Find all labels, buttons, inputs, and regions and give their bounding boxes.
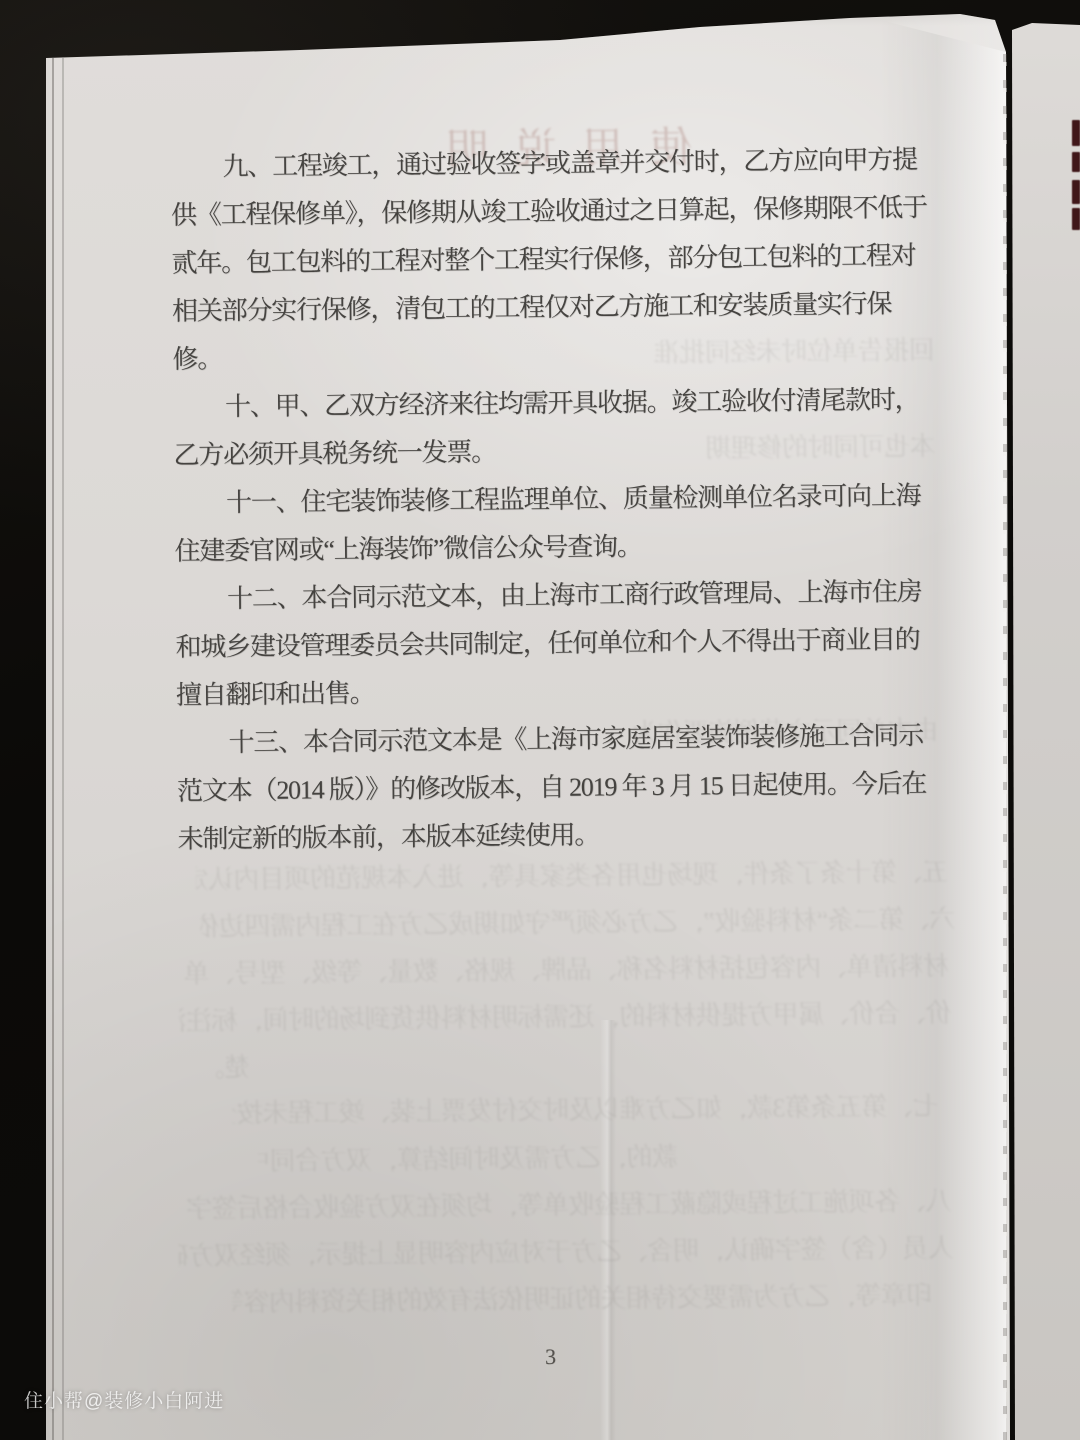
contract-line-clause-13: 十三、本合同示范文本是《上海市家庭居室装饰装修施工合同示	[176, 712, 966, 768]
contract-line-clause-10: 十、甲、乙双方经济来往均需开具收据。竣工验收付清尾款时，	[173, 376, 963, 432]
watermark: 住小帮@装修小白阿进	[24, 1386, 224, 1413]
bleedthrough-line: 印章等，乙方为需要交待相关的证明依法有效的相关资料内容等	[232, 1275, 932, 1314]
contract-line-clause-11: 住建委官网或“上海装饰”微信公众号查询。	[174, 520, 964, 576]
contract-line-clause-12: 和城乡建设管理委员会共同制定，任何单位和个人不得出于商业目的	[175, 616, 965, 672]
bleedthrough-line: 六、第二条“材料验收”，乙方必须严守如期成乙方在工程内需四边依	[200, 899, 955, 939]
photo-scene: 使用说明 回报告单位时未经同批准本也可同时的修理期由本单同示文范例施要作为五、第…	[0, 0, 1080, 1440]
bleedthrough-line: 人员（含）签字确认，明含、乙方于对应内容明显上提示，须经双方确认	[179, 1228, 954, 1268]
bleedthrough-lines: 回报告单位时未经同批准本也可同时的修理期由本单同示文范例施要作为五、第十条了条件…	[0, 0, 1071, 6]
contract-line-clause-13: 范文本（2014 版）》的修改版本，自 2019 年 3 月 15 日起使用。今…	[177, 760, 967, 816]
contract-line-clause-12: 擅自翻印和出售。	[176, 664, 966, 720]
contract-line-clause-10: 乙方必须开具税务统一发票。	[173, 424, 963, 480]
bleedthrough-line: 七、第五条第3款，如乙方难以及时交付发票上装、竣工程未按分期付	[232, 1086, 938, 1125]
contract-line-clause-9: 贰年。包工包料的工程对整个工程实行保修，部分包工包料的工程对	[171, 232, 961, 288]
contract-line-clause-9: 供《工程保修单》，保修期从竣工验收通过之日算起，保修期限不低于	[171, 184, 961, 240]
contract-line-clause-9: 修。	[172, 328, 962, 384]
ink-layer: 使用说明 回报告单位时未经同批准本也可同时的修理期由本单同示文范例施要作为五、第…	[0, 0, 1080, 1440]
bleedthrough-line: 材料清单、内容包括材料名称、品牌、规格、数量、等级、型号、单	[179, 946, 949, 986]
page-number: 3	[545, 1344, 556, 1370]
bleedthrough-line: 款的，乙方需及时间结算，双方合同中写明	[258, 1137, 678, 1173]
contract-line-clause-12: 十二、本合同示范文本，由上海市工商行政管理局、上海市住房	[175, 568, 965, 624]
red-stamp-edge-mark	[1072, 180, 1080, 204]
red-stamp-edge-mark	[1072, 152, 1080, 172]
bleedthrough-line: 价、合价、属甲方提供材料的，还需标明材料供货到场的时间，标注清	[179, 993, 951, 1033]
bleedthrough-line: 八、各项施工过程或隐蔽工程验收单等，均须在双方验收合格后签字	[181, 1181, 951, 1221]
contract-line-clause-9: 相关部分实行保修，清包工的工程仅对乙方施工和安装质量实行保	[172, 280, 962, 336]
contract-text: 九、工程竣工，通过验收签字或盖章并交付时，乙方应向甲方提供《工程保修单》，保修期…	[170, 136, 967, 864]
contract-line-clause-9: 九、工程竣工，通过验收签字或盖章并交付时，乙方应向甲方提	[170, 136, 960, 192]
contract-line-clause-11: 十一、住宅装饰装修工程监理单位、质量检测单位名录可向上海	[174, 472, 964, 528]
bleedthrough-line: 楚。	[180, 1047, 250, 1080]
red-stamp-edge-mark	[1072, 120, 1080, 146]
contract-line-clause-13: 未制定新的版本前，本版本延续使用。	[177, 808, 967, 864]
